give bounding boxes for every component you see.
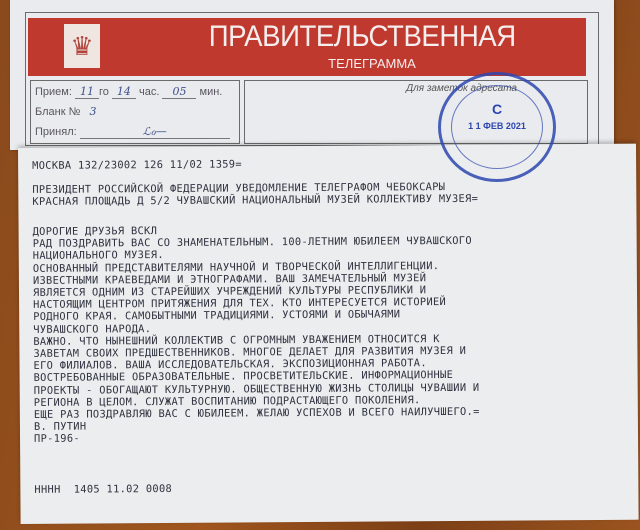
telegram-header: МОСКВА 132/23002 126 11/02 1359= [32, 158, 242, 172]
form-title: ПРАВИТЕЛЬСТВЕННАЯ [50, 20, 563, 54]
blank-number-row: Бланк № 3 [35, 105, 96, 118]
min-label: мин. [200, 86, 223, 98]
stamp-date: 1 1 ФЕВ 2021 [441, 121, 553, 131]
telegram-address: ПРЕЗИДЕНТ РОССИЙСКОЙ ФЕДЕРАЦИИ УВЕДОМЛЕН… [32, 181, 478, 209]
priem-label: Прием: [35, 86, 72, 98]
reception-row: Прием: 11го 14 час. 05 мин. [35, 85, 222, 99]
priem-day-value: 11 [75, 85, 99, 99]
priem-min-value: 05 [162, 85, 196, 99]
form-subtitle: ТЕЛЕГРАММА [28, 56, 586, 71]
blank-label: Бланк № [35, 106, 80, 118]
stamp-symbol: С [441, 101, 553, 117]
telegram-tape: МОСКВА 132/23002 126 11/02 1359= ПРЕЗИДЕ… [18, 144, 639, 524]
accepted-row: Принял: ℒℴ— [35, 125, 233, 139]
go-label: го [99, 86, 109, 98]
hour-label: час. [139, 86, 159, 98]
telegram-footer: НННН 1405 11.02 0008 [34, 483, 172, 496]
prinyal-label: Принял: [35, 126, 77, 138]
blank-value: 3 [89, 105, 96, 118]
reception-box: Прием: 11го 14 час. 05 мин. Бланк № 3 Пр… [30, 80, 240, 144]
telegram-body: ДОРОГИЕ ДРУЗЬЯ ВСКЛ РАД ПОЗДРАВИТЬ ВАС С… [33, 223, 480, 446]
priem-hour-value: 14 [112, 85, 136, 99]
signature: ℒℴ— [80, 125, 230, 139]
postal-stamp: С 1 1 ФЕВ 2021 [438, 72, 556, 182]
header-banner: ♛ ПРАВИТЕЛЬСТВЕННАЯ ТЕЛЕГРАММА [28, 18, 586, 76]
